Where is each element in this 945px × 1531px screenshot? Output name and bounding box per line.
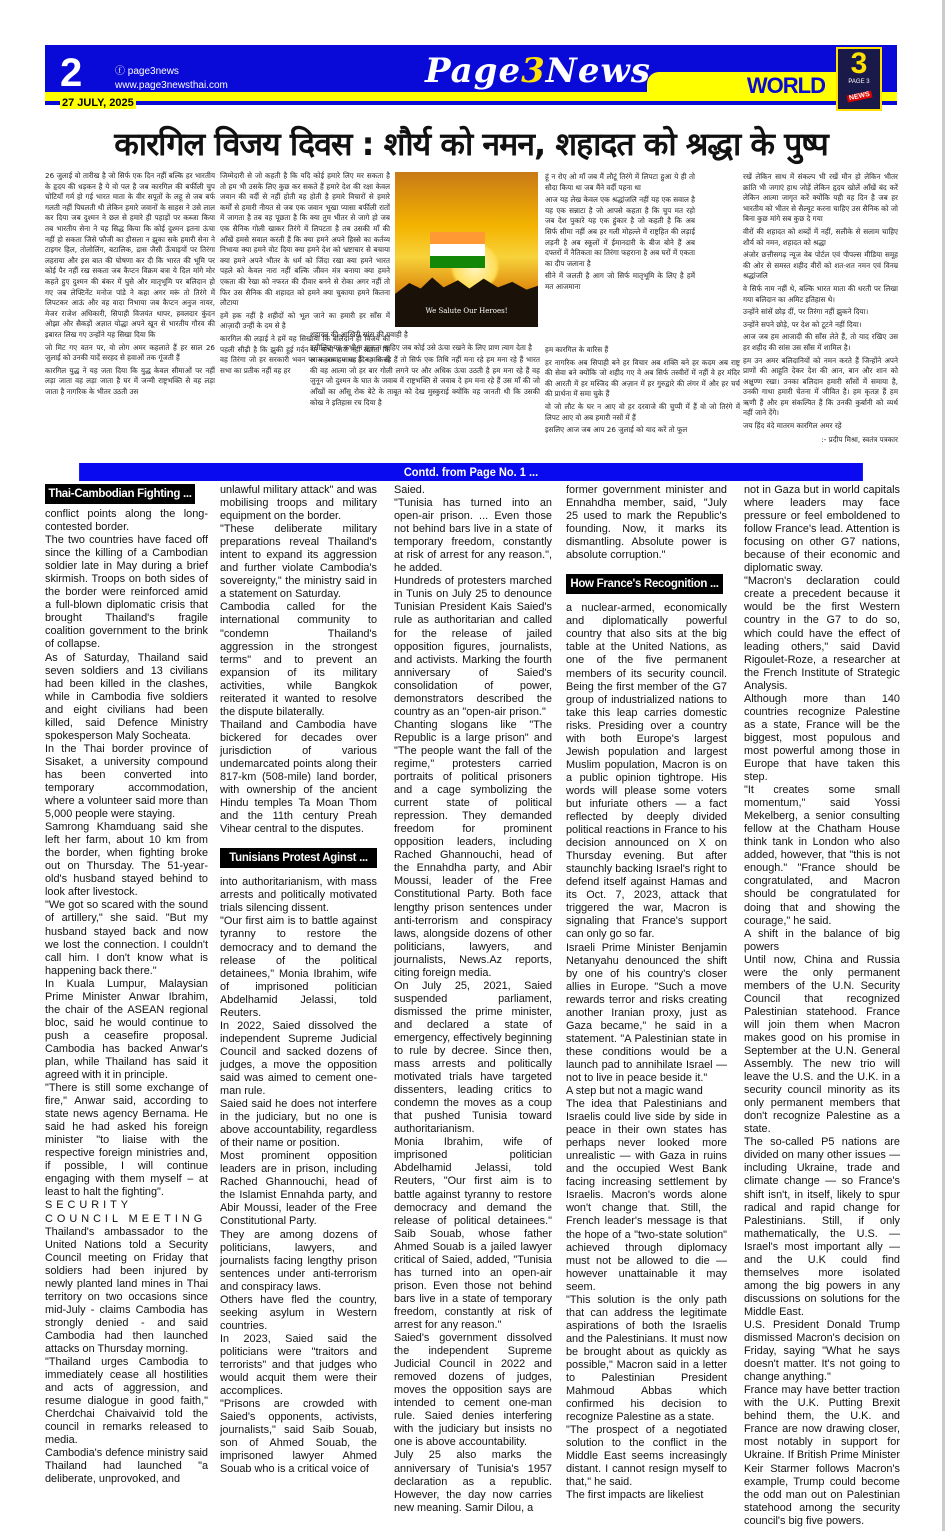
paragraph: In 2022, Saied dissolved the independent… — [220, 1020, 377, 1098]
paragraph: अंजोर छत्तीसगढ़ न्यूज वेब पोर्टल एवं पीप… — [743, 250, 898, 282]
paragraph: वे सिर्फ नाम नहीं थे, बल्कि भारत माता की… — [743, 284, 898, 305]
english-column-5: not in Gaza but in world capitals where … — [744, 484, 900, 1528]
paragraph: इसलिए आज जब आप 26 जुलाई को याद करें तो फ… — [545, 425, 740, 436]
paragraph: आज जब हम आजादी की साँस लेते हैं, तो याद … — [743, 332, 898, 353]
paragraph: Israeli Prime Minister Benjamin Netanyah… — [566, 942, 727, 1086]
section-name: WORLD — [747, 73, 825, 99]
paragraph: The first impacts are likeliest — [566, 1489, 727, 1502]
paragraph: वीरों की शहादत को शब्दों में नहीं, सलीके… — [743, 227, 898, 248]
hindi-column-4: हूं न रोए ओ माँ जब मैं लौटूं तिरंगे में … — [545, 172, 695, 295]
paragraph: July 25 also marks the anniversary of Tu… — [394, 1449, 552, 1514]
paragraph: Hundreds of protesters marched in Tunis … — [394, 575, 552, 719]
paragraph: 26 जुलाई वो तारीख है जो सिर्फ एक दिन नही… — [45, 171, 215, 341]
paragraph: "There is still some exchange of fire," … — [45, 1082, 208, 1199]
paragraph: इसीलिए यह कभी न झुकना चाहिए जब कोई उसे ऊ… — [310, 343, 540, 354]
paragraph: Others have fled the country, seeking as… — [220, 1294, 377, 1333]
paragraph: In the Thai border province of Sisaket, … — [45, 743, 208, 821]
paragraph: Cambodia called for the international co… — [220, 601, 377, 718]
logo-text-three: 3 — [521, 51, 546, 91]
badge-number: 3 — [838, 49, 880, 79]
facebook-handle[interactable]: page3news — [128, 66, 179, 77]
issue-date: 27 JULY, 2025 — [60, 97, 136, 109]
subheading: A step but not a magic wand — [566, 1085, 727, 1098]
paragraph: Thailand and Cambodia have bickered for … — [220, 719, 377, 836]
paragraph: "Tunisia has turned into an open-air pri… — [394, 497, 552, 575]
paragraph: कारगिल युद्ध ने यह जता दिया कि युद्ध केव… — [45, 366, 215, 398]
paragraph: Samrong Khamduang said she left her farm… — [45, 821, 208, 899]
paragraph: France may have better traction with the… — [744, 1384, 900, 1528]
paragraph: They are among dozens of politicians, la… — [220, 1229, 377, 1294]
paragraph: a nuclear-armed, economically and diplom… — [566, 602, 727, 941]
paragraph: रखें लेकिन साथ में संकल्प भी रखें मौन हो… — [743, 172, 898, 225]
paragraph: हूं न रोए ओ माँ जब मैं लौटूं तिरंगे में … — [545, 172, 695, 193]
hindi-column-4b: हम कारगिल के वारिस हैं हर नागरिक अब सिपा… — [545, 345, 740, 438]
paragraph: "Macron's declaration could create a pre… — [744, 575, 900, 692]
paragraph: हम कारगिल के वारिस हैं — [545, 345, 740, 356]
hindi-column-1: 26 जुलाई वो तारीख है जो सिर्फ एक दिन नही… — [45, 171, 215, 399]
paragraph: conflict points along the long-contested… — [45, 508, 208, 534]
paragraph: Cambodia's defence ministry said Thailan… — [45, 1447, 208, 1486]
newspaper-page: 2 ⓕ page3news www.page3newsthai.com 27 J… — [0, 0, 945, 1531]
english-column-3: Saied. "Tunisia has turned into an open-… — [394, 484, 552, 1515]
page3-badge-icon: 3 PAGE 3 NEWS — [836, 47, 882, 111]
masthead: 2 ⓕ page3news www.page3newsthai.com 27 J… — [45, 45, 897, 105]
page-number: 2 — [60, 51, 82, 96]
paragraph: उन्होंने सपने छोड़े, पर देश को टूटने नही… — [743, 320, 898, 331]
paragraph: On July 25, 2021, Saied suspended parlia… — [394, 980, 552, 1137]
paragraph: हमें हक नहीं है शहीदों को भूल जाने का हम… — [220, 311, 390, 332]
english-column-1: conflict points along the long-contested… — [45, 508, 208, 1487]
paragraph: Monia Ibrahim, wife of imprisoned politi… — [394, 1136, 552, 1332]
paragraph: into authoritarianism, with mass arrests… — [220, 876, 377, 915]
paragraph: उन्होंने सांसें छोड़ दीं, पर तिरंगा नहीं… — [743, 307, 898, 318]
paragraph: Thailand's ambassador to the United Nati… — [45, 1226, 208, 1356]
paragraph: जय हिंद वंदे मातरम कारगिल अमर रहे — [743, 421, 898, 432]
paragraph: not in Gaza but in world capitals where … — [744, 484, 900, 575]
paragraph: शहादत की आखिरी सांस की गवाही है — [310, 330, 540, 341]
social-links: ⓕ page3news www.page3newsthai.com — [115, 65, 228, 93]
paragraph: "Prisons are crowded with Saied's oppone… — [220, 1398, 377, 1476]
badge-text: PAGE 3 — [838, 79, 880, 85]
paragraph: "The prospect of a negotiated solution t… — [566, 1424, 727, 1489]
paragraph: "This solution is the only path that can… — [566, 1294, 727, 1424]
paragraph: The two countries have faced off since t… — [45, 534, 208, 651]
paragraph: जिम्मेदारी से जो कहती है कि यदि कोई हमार… — [220, 171, 390, 309]
paragraph: Most prominent opposition leaders are in… — [220, 1150, 377, 1228]
india-flag-graphic — [430, 232, 485, 268]
photo-overlay-text: We Salute Our Heroes! — [405, 307, 528, 315]
badge-news: NEWS — [846, 90, 872, 102]
paragraph: former government minister and Ennahdha … — [566, 484, 727, 562]
paragraph: The idea that Palestinians and Israelis … — [566, 1098, 727, 1294]
subheading: A shift in the balance of big powers — [744, 928, 900, 954]
paragraph: हम उन अमर बलिदानियों को नमन करते हैं जिन… — [743, 356, 898, 420]
hindi-headline: कारगिल विजय दिवस : शौर्य को नमन, शहादत क… — [45, 122, 897, 165]
story-label-france-recognition[interactable]: How France's Recognition ... — [566, 574, 723, 594]
paragraph: "Our first aim is to battle against tyra… — [220, 915, 377, 1019]
continued-from-page-banner: Contd. from Page No. 1 ... — [79, 463, 863, 481]
logo-text-news: News — [546, 51, 651, 91]
author-byline: :- प्रदीप मिश्रा, स्वतंत्र पत्रकार — [743, 435, 898, 446]
paragraph: Chanting slogans like "The Republic is a… — [394, 719, 552, 980]
paragraph: "These deliberate military preparations … — [220, 523, 377, 601]
paragraph: In 2023, Saied said the politicians were… — [220, 1333, 377, 1398]
hindi-column-3: शहादत की आखिरी सांस की गवाही है इसीलिए य… — [310, 330, 540, 410]
paragraph: Until now, China and Russia were the onl… — [744, 954, 900, 1137]
paragraph: Saied said he does not interfere in the … — [220, 1098, 377, 1150]
paragraph: "We got so scared with the sound of arti… — [45, 899, 208, 977]
english-column-4: former government minister and Ennahdha … — [566, 484, 727, 1503]
paragraph: हर नागरिक अब सिपाही बने हर विचार अब शक्त… — [545, 358, 740, 400]
english-column-2: unlawful military attack" and was mobili… — [220, 484, 377, 1476]
paragraph: वो जो लौट के घर न आए वो हर दरवाजे की चुप… — [545, 402, 740, 423]
subheading: SECURITY COUNCIL MEETING — [45, 1199, 208, 1225]
paragraph: unlawful military attack" and was mobili… — [220, 484, 377, 523]
paragraph: Saied. — [394, 484, 552, 497]
paragraph: आज यह लेख केवल एक श्रद्धांजलि नहीं यह एक… — [545, 195, 695, 269]
paragraph: In Kuala Lumpur, Malaysian Prime Ministe… — [45, 978, 208, 1082]
paragraph: Saied's government dissolved the indepen… — [394, 1332, 552, 1449]
story-label-tunisians-protest[interactable]: Tunisians Protest Aginst ... — [220, 848, 377, 868]
paragraph: "Thailand urges Cambodia to immediately … — [45, 1356, 208, 1447]
website-link[interactable]: www.page3newsthai.com — [115, 79, 228, 93]
paragraph: Although more than 140 countries recogni… — [744, 693, 900, 784]
facebook-icon: ⓕ — [115, 66, 128, 77]
paragraph: जो मिट गए वतन पर, वो लोग अमर कहलाते हैं … — [45, 343, 215, 364]
newspaper-logo: Page3News — [425, 51, 651, 91]
paragraph: The so-called P5 nations are divided on … — [744, 1136, 900, 1319]
paragraph: U.S. President Donald Trump dismissed Ma… — [744, 1319, 900, 1384]
paragraph: As of Saturday, Thailand said seven sold… — [45, 652, 208, 743]
paragraph: "It creates some small momentum," said Y… — [744, 784, 900, 928]
paragraph: सीने में जलती है आग जो सिर्फ मातृभूमि के… — [545, 271, 695, 292]
paragraph: आज जब हम यह दिन मना रहे हैं तो सिर्फ एक … — [310, 355, 540, 408]
logo-text-page: Page — [425, 51, 521, 91]
hindi-column-5: रखें लेकिन साथ में संकल्प भी रखें मौन हो… — [743, 172, 898, 447]
story-label-thai-cambodian[interactable]: Thai-Cambodian Fighting ... — [45, 484, 195, 504]
kargil-salute-photo: We Salute Our Heroes! — [395, 172, 538, 327]
